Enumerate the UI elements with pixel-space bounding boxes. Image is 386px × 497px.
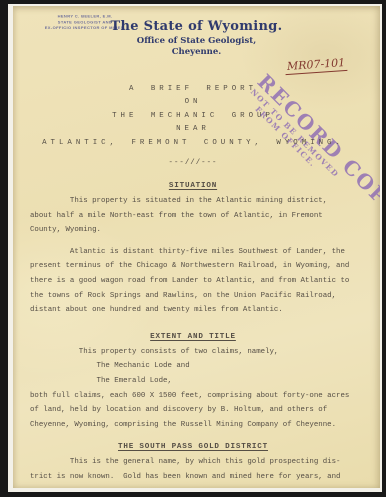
typewritten-line: present terminus of the Chicago & Northw…: [30, 259, 356, 274]
document-page: HENRY C. BEELER, E.M. STATE GEOLOGIST AN…: [13, 6, 380, 488]
paragraph: This is the general name, by which this …: [30, 455, 356, 484]
title-line: A BRIEF REPORT: [30, 83, 356, 96]
paragraph: This property is situated in the Atlanti…: [30, 194, 356, 238]
section-extent-and-title: EXTENT AND TITLE This property consists …: [30, 330, 356, 433]
typewritten-line: This is the general name, by which this …: [30, 455, 356, 470]
section-situation: SITUATION This property is situated in t…: [30, 179, 356, 318]
typewritten-line: about half a mile North-east from the to…: [30, 209, 356, 224]
typewritten-line: This property is situated in the Atlanti…: [30, 194, 356, 209]
title-line: THE MECHANIC GROUP: [30, 110, 356, 123]
typewritten-line: there is a good wagon road from Lander t…: [30, 274, 356, 289]
typewritten-line: The Emerald Lode,: [30, 374, 356, 389]
title-line: ATLANTIC, FREMONT COUNTY, WYOMING.: [30, 137, 356, 150]
report-title-block: A BRIEF REPORT ON THE MECHANIC GROUP NEA…: [30, 6, 356, 150]
title-line: ON: [30, 96, 356, 109]
paragraph: Atlantic is distant thirty-five miles So…: [30, 245, 356, 318]
typewritten-line: This property consists of two claims, na…: [30, 345, 356, 360]
typewritten-line: the towns of Rock Springs and Rawlins, o…: [30, 289, 356, 304]
section-heading: THE SOUTH PASS GOLD DISTRICT: [30, 440, 356, 455]
typewritten-line: Cheyenne, Wyoming, comprising the Russel…: [30, 418, 356, 433]
section-heading: EXTENT AND TITLE: [30, 330, 356, 345]
typewritten-line: County, Wyoming.: [30, 223, 356, 238]
typewritten-line: both full claims, each 600 X 1500 feet, …: [30, 389, 356, 404]
paragraph: This property consists of two claims, na…: [30, 345, 356, 433]
scanned-document-frame: HENRY C. BEELER, E.M. STATE GEOLOGIST AN…: [0, 0, 386, 497]
typewritten-content: A BRIEF REPORT ON THE MECHANIC GROUP NEA…: [13, 6, 380, 488]
typewritten-line: trict is now known. Gold has been known …: [30, 470, 356, 485]
typewritten-line: Atlantic is distant thirty-five miles So…: [30, 245, 356, 260]
typewritten-line: distant about one hundred and twenty mil…: [30, 303, 356, 318]
title-separator: ---///---: [30, 157, 356, 170]
title-line: NEAR: [30, 123, 356, 136]
section-heading: SITUATION: [30, 179, 356, 194]
typewritten-line: of land, held by location and discovery …: [30, 403, 356, 418]
section-south-pass-gold-district: THE SOUTH PASS GOLD DISTRICT This is the…: [30, 440, 356, 484]
typewritten-line: The Mechanic Lode and: [30, 359, 356, 374]
